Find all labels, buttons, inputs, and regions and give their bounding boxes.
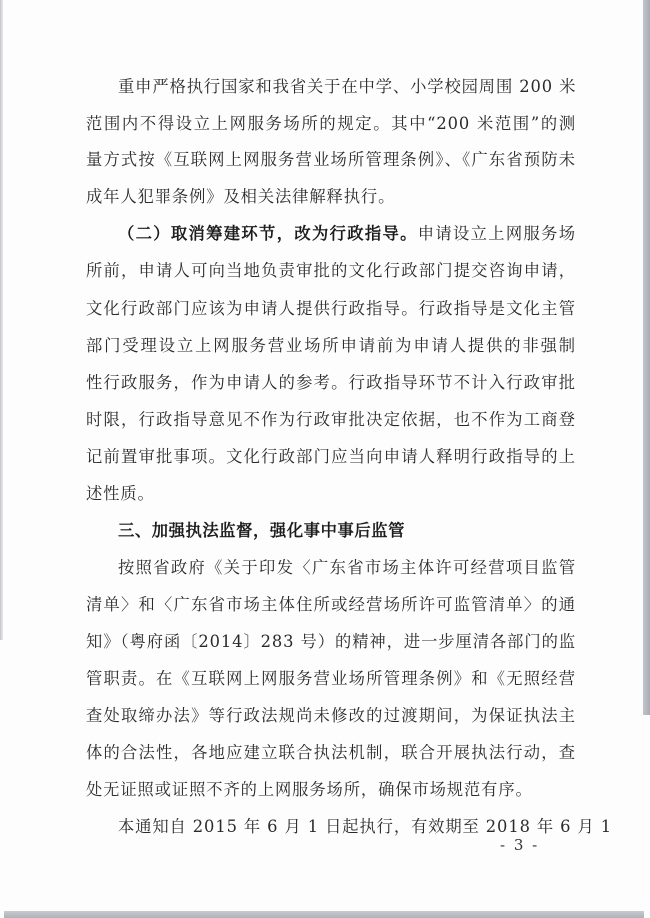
paragraph-1-line-2: 范围内不得设立上网服务场所的规定。其中“200 米范围”的测 (86, 113, 576, 135)
section-3-line-7: 处无证照或证照不齐的上网服务场所，确保市场规范有序。 (86, 779, 576, 801)
page-number: - 3 - (500, 836, 539, 854)
paragraph-2-line-3: 文化行政部门应该为申请人提供行政指导。行政指导是文化主管 (86, 298, 576, 320)
scan-edge-right (643, 0, 650, 715)
scan-edge-bottom (4, 911, 644, 918)
section-3-heading: 三、加强执法监督，强化事中事后监管 (118, 520, 576, 542)
paragraph-2-line-4: 部门受理设立上网服务营业场所申请前为申请人提供的非强制 (86, 335, 576, 357)
paragraph-2-bold-lead: （二）取消筹建环节，改为行政指导。 (118, 224, 418, 243)
paragraph-2-line-5: 性行政服务，作为申请人的参考。行政指导环节不计入行政审批 (86, 372, 576, 394)
paragraph-2-first-line-rest: 申请设立上网服务场 (418, 224, 576, 243)
paragraph-2-line-7: 记前置审批事项。文化行政部门应当向申请人释明行政指导的上 (86, 446, 576, 468)
paragraph-2-line-2: 所前，申请人可向当地负责审批的文化行政部门提交咨询申请， (86, 260, 576, 282)
paragraph-1-line-3: 量方式按《互联网上网服务营业场所管理条例》、《广东省预防未 (86, 149, 576, 171)
paragraph-2-line-1: （二）取消筹建环节，改为行政指导。申请设立上网服务场 (118, 223, 576, 245)
paragraph-2-line-6: 时限，行政指导意见不作为行政审批决定依据，也不作为工商登 (86, 409, 576, 431)
scan-edge-left (0, 0, 3, 640)
section-3-line-5: 查处取缔办法》等行政法规尚未修改的过渡期间，为保证执法主 (86, 705, 576, 727)
section-3-line-4: 管职责。在《互联网上网服务营业场所管理条例》和《无照经营 (86, 668, 576, 690)
document-page: 重申严格执行国家和我省关于在中学、小学校园周围 200 米 范围内不得设立上网服… (0, 0, 650, 918)
closing-line: 本通知自 2015 年 6 月 1 日起执行，有效期至 2018 年 6 月 1 (118, 816, 576, 838)
section-3-line-2: 清单〉和〈广东省市场主体住所或经营场所许可监管清单〉的通 (86, 594, 576, 616)
paragraph-1-line-1: 重申严格执行国家和我省关于在中学、小学校园周围 200 米 (118, 76, 576, 98)
section-3-line-3: 知》（粤府函〔2014〕283 号）的精神，进一步厘清各部门的监 (86, 631, 576, 653)
section-3-line-6: 体的合法性，各地应建立联合执法机制，联合开展执法行动，查 (86, 742, 576, 764)
section-3-line-1: 按照省政府《关于印发〈广东省市场主体许可经营项目监管 (118, 557, 576, 579)
paragraph-2-line-8: 述性质。 (86, 483, 576, 505)
paragraph-1-line-4: 成年人犯罪条例》及相关法律解释执行。 (86, 186, 576, 208)
